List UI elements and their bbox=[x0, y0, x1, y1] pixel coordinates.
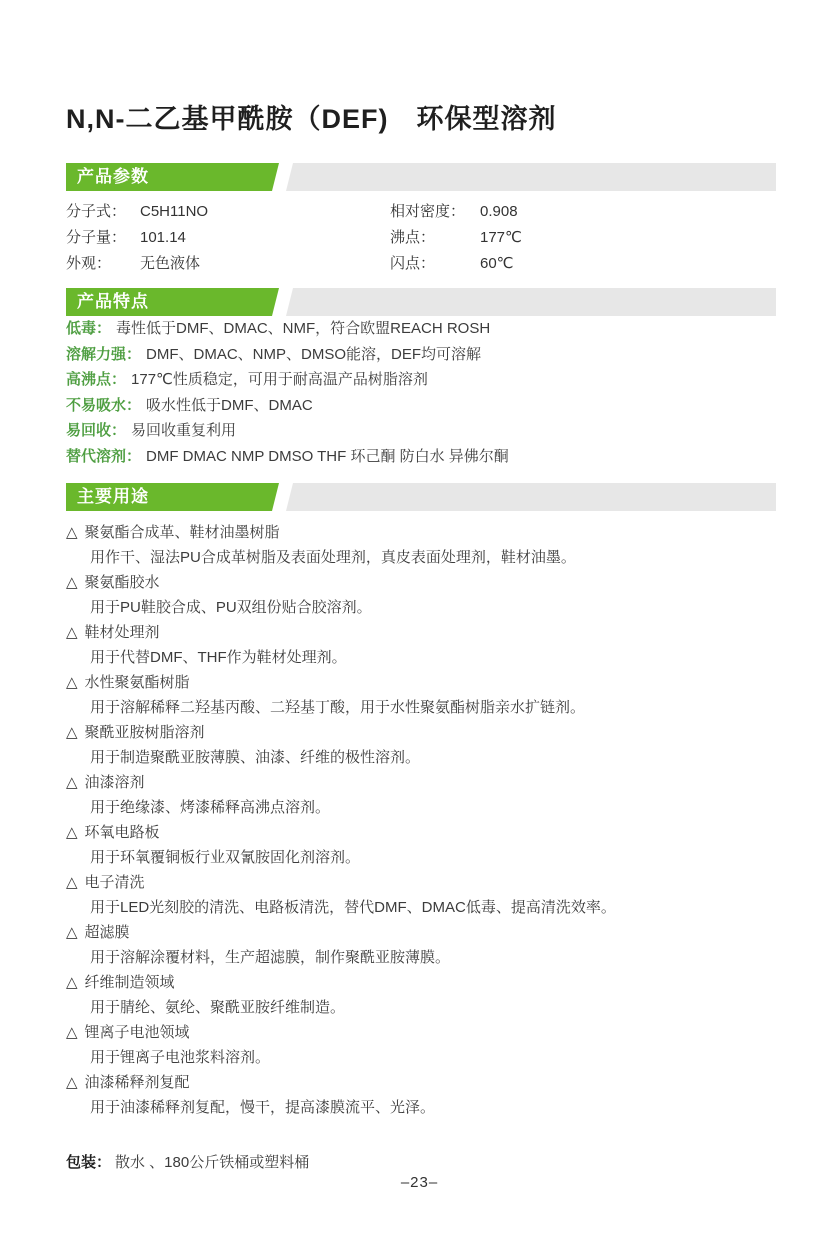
use-description: 用于LED光刻胶的清洗、电路板清洗，替代DMF、DMAC低毒、提高清洗效率。 bbox=[66, 895, 786, 920]
parameter-value: 无色液体 bbox=[140, 251, 200, 277]
section-header-features-label: 产品特点 bbox=[66, 288, 279, 316]
feature-label: 易回收： bbox=[66, 422, 126, 439]
use-item: △油漆稀释剂复配 用于油漆稀释剂复配，慢干，提高漆膜流平、光泽。 bbox=[66, 1070, 786, 1120]
feature-line: 溶解力强：DMF、DMAC、NMP、DMSO能溶，DEF均可溶解 bbox=[66, 342, 776, 368]
section-header-params-label: 产品参数 bbox=[66, 163, 279, 191]
use-item: △鞋材处理剂 用于代替DMF、THF作为鞋材处理剂。 bbox=[66, 620, 786, 670]
use-title-line: △鞋材处理剂 bbox=[66, 620, 786, 645]
triangle-bullet-icon: △ bbox=[66, 520, 78, 545]
feature-label: 溶解力强： bbox=[66, 346, 141, 363]
use-description: 用于代替DMF、THF作为鞋材处理剂。 bbox=[66, 645, 786, 670]
use-description: 用于PU鞋胶合成、PU双组份贴合胶溶剂。 bbox=[66, 595, 786, 620]
feature-text: 毒性低于DMF、DMAC、NMF，符合欧盟REACH ROSH bbox=[116, 320, 490, 337]
use-title-line: △超滤膜 bbox=[66, 920, 786, 945]
feature-text: DMF DMAC NMP DMSO THF 环己酮 防白水 异佛尔酮 bbox=[146, 448, 509, 465]
triangle-bullet-icon: △ bbox=[66, 770, 78, 795]
use-description: 用于溶解涂覆材料，生产超滤膜，制作聚酰亚胺薄膜。 bbox=[66, 945, 786, 970]
packaging-line: 包装：散水 、180公斤铁桶或塑料桶 bbox=[66, 1152, 309, 1174]
triangle-bullet-icon: △ bbox=[66, 1070, 78, 1095]
use-title: 聚氨酯胶水 bbox=[85, 574, 160, 591]
use-description: 用作干、湿法PU合成革树脂及表面处理剂，真皮表面处理剂，鞋材油墨。 bbox=[66, 545, 786, 570]
use-item: △油漆溶剂 用于绝缘漆、烤漆稀释高沸点溶剂。 bbox=[66, 770, 786, 820]
use-title: 锂离子电池领域 bbox=[85, 1024, 190, 1041]
parameter-label: 外观： bbox=[66, 251, 140, 277]
feature-line: 替代溶剂：DMF DMAC NMP DMSO THF 环己酮 防白水 异佛尔酮 bbox=[66, 444, 776, 470]
parameter-label: 闪点： bbox=[390, 251, 480, 277]
feature-line: 不易吸水：吸水性低于DMF、DMAC bbox=[66, 393, 776, 419]
use-description: 用于绝缘漆、烤漆稀释高沸点溶剂。 bbox=[66, 795, 786, 820]
triangle-bullet-icon: △ bbox=[66, 870, 78, 895]
feature-line: 高沸点：177℃性质稳定，可用于耐高温产品树脂溶剂 bbox=[66, 367, 776, 393]
use-description: 用于溶解稀释二羟基丙酸、二羟基丁酸，用于水性聚氨酯树脂亲水扩链剂。 bbox=[66, 695, 786, 720]
page-number: –23– bbox=[0, 1174, 839, 1191]
feature-label: 替代溶剂： bbox=[66, 448, 141, 465]
triangle-bullet-icon: △ bbox=[66, 720, 78, 745]
section-header-gray-extension bbox=[286, 483, 776, 511]
use-title-line: △油漆溶剂 bbox=[66, 770, 786, 795]
use-item: △纤维制造领域 用于腈纶、氨纶、聚酰亚胺纤维制造。 bbox=[66, 970, 786, 1020]
parameter-value: 0.908 bbox=[480, 199, 518, 225]
feature-text: DMF、DMAC、NMP、DMSO能溶，DEF均可溶解 bbox=[146, 346, 481, 363]
use-title: 超滤膜 bbox=[85, 924, 130, 941]
use-title: 鞋材处理剂 bbox=[85, 624, 160, 641]
parameter-row: 相对密度： 0.908 bbox=[390, 199, 776, 225]
use-title-line: △环氧电路板 bbox=[66, 820, 786, 845]
use-title-line: △聚酰亚胺树脂溶剂 bbox=[66, 720, 786, 745]
parameter-label: 分子式： bbox=[66, 199, 140, 225]
parameter-label: 分子量： bbox=[66, 225, 140, 251]
parameter-value: 177℃ bbox=[480, 225, 522, 251]
use-title: 纤维制造领域 bbox=[85, 974, 175, 991]
use-title-line: △电子清洗 bbox=[66, 870, 786, 895]
parameters-table: 分子式： C5H11NO 分子量： 101.14 外观： 无色液体 相对密度： bbox=[66, 199, 776, 277]
packaging-text: 散水 、180公斤铁桶或塑料桶 bbox=[115, 1154, 309, 1171]
use-title-line: △油漆稀释剂复配 bbox=[66, 1070, 786, 1095]
use-title: 水性聚氨酯树脂 bbox=[85, 674, 190, 691]
parameter-row: 分子量： 101.14 bbox=[66, 225, 390, 251]
use-item: △水性聚氨酯树脂 用于溶解稀释二羟基丙酸、二羟基丁酸，用于水性聚氨酯树脂亲水扩链… bbox=[66, 670, 786, 720]
triangle-bullet-icon: △ bbox=[66, 820, 78, 845]
packaging-label: 包装： bbox=[66, 1154, 111, 1171]
parameter-value: C5H11NO bbox=[140, 199, 208, 225]
feature-line: 易回收：易回收重复利用 bbox=[66, 418, 776, 444]
use-title: 环氧电路板 bbox=[85, 824, 160, 841]
page-title: N,N-二乙基甲酰胺（DEF) 环保型溶剂 bbox=[66, 97, 556, 136]
section-header-gray-extension bbox=[286, 163, 776, 191]
section-header-uses-label: 主要用途 bbox=[66, 483, 279, 511]
triangle-bullet-icon: △ bbox=[66, 570, 78, 595]
use-item: △超滤膜 用于溶解涂覆材料，生产超滤膜，制作聚酰亚胺薄膜。 bbox=[66, 920, 786, 970]
use-title: 聚酰亚胺树脂溶剂 bbox=[85, 724, 205, 741]
use-title: 油漆溶剂 bbox=[85, 774, 145, 791]
feature-label: 高沸点： bbox=[66, 371, 126, 388]
triangle-bullet-icon: △ bbox=[66, 1020, 78, 1045]
parameter-label: 相对密度： bbox=[390, 199, 480, 225]
features-list: 低毒：毒性低于DMF、DMAC、NMF，符合欧盟REACH ROSH 溶解力强：… bbox=[66, 316, 776, 469]
feature-label: 低毒： bbox=[66, 320, 111, 337]
section-header-gray-extension bbox=[286, 288, 776, 316]
parameters-left-column: 分子式： C5H11NO 分子量： 101.14 外观： 无色液体 bbox=[66, 199, 390, 277]
use-item: △环氧电路板 用于环氧覆铜板行业双氰胺固化剂溶剂。 bbox=[66, 820, 786, 870]
use-description: 用于环氧覆铜板行业双氰胺固化剂溶剂。 bbox=[66, 845, 786, 870]
section-header-features: 产品特点 bbox=[66, 288, 776, 316]
use-title: 电子清洗 bbox=[85, 874, 145, 891]
feature-text: 吸水性低于DMF、DMAC bbox=[146, 397, 313, 414]
feature-line: 低毒：毒性低于DMF、DMAC、NMF，符合欧盟REACH ROSH bbox=[66, 316, 776, 342]
feature-text: 177℃性质稳定，可用于耐高温产品树脂溶剂 bbox=[131, 371, 428, 388]
section-header-uses: 主要用途 bbox=[66, 483, 776, 511]
use-description: 用于制造聚酰亚胺薄膜、油漆、纤维的极性溶剂。 bbox=[66, 745, 786, 770]
use-title-line: △聚氨酯合成革、鞋材油墨树脂 bbox=[66, 520, 786, 545]
triangle-bullet-icon: △ bbox=[66, 920, 78, 945]
use-description: 用于锂离子电池浆料溶剂。 bbox=[66, 1045, 786, 1070]
parameters-right-column: 相对密度： 0.908 沸点： 177℃ 闪点： 60℃ bbox=[390, 199, 776, 277]
parameter-row: 外观： 无色液体 bbox=[66, 251, 390, 277]
triangle-bullet-icon: △ bbox=[66, 670, 78, 695]
feature-text: 易回收重复利用 bbox=[131, 422, 236, 439]
parameter-row: 沸点： 177℃ bbox=[390, 225, 776, 251]
use-item: △聚氨酯合成革、鞋材油墨树脂 用作干、湿法PU合成革树脂及表面处理剂，真皮表面处… bbox=[66, 520, 786, 570]
parameter-value: 60℃ bbox=[480, 251, 514, 277]
use-item: △电子清洗 用于LED光刻胶的清洗、电路板清洗，替代DMF、DMAC低毒、提高清… bbox=[66, 870, 786, 920]
section-header-params: 产品参数 bbox=[66, 163, 776, 191]
use-item: △聚酰亚胺树脂溶剂 用于制造聚酰亚胺薄膜、油漆、纤维的极性溶剂。 bbox=[66, 720, 786, 770]
use-title-line: △纤维制造领域 bbox=[66, 970, 786, 995]
parameter-row: 分子式： C5H11NO bbox=[66, 199, 390, 225]
triangle-bullet-icon: △ bbox=[66, 970, 78, 995]
parameter-row: 闪点： 60℃ bbox=[390, 251, 776, 277]
use-description: 用于腈纶、氨纶、聚酰亚胺纤维制造。 bbox=[66, 995, 786, 1020]
use-title-line: △水性聚氨酯树脂 bbox=[66, 670, 786, 695]
uses-list: △聚氨酯合成革、鞋材油墨树脂 用作干、湿法PU合成革树脂及表面处理剂，真皮表面处… bbox=[66, 520, 786, 1120]
use-item: △锂离子电池领域 用于锂离子电池浆料溶剂。 bbox=[66, 1020, 786, 1070]
use-title: 油漆稀释剂复配 bbox=[85, 1074, 190, 1091]
parameter-value: 101.14 bbox=[140, 225, 186, 251]
use-title-line: △聚氨酯胶水 bbox=[66, 570, 786, 595]
datasheet-page: N,N-二乙基甲酰胺（DEF) 环保型溶剂 产品参数 分子式： C5H11NO … bbox=[0, 0, 839, 1240]
triangle-bullet-icon: △ bbox=[66, 620, 78, 645]
use-title: 聚氨酯合成革、鞋材油墨树脂 bbox=[85, 524, 280, 541]
feature-label: 不易吸水： bbox=[66, 397, 141, 414]
use-title-line: △锂离子电池领域 bbox=[66, 1020, 786, 1045]
parameter-label: 沸点： bbox=[390, 225, 480, 251]
use-item: △聚氨酯胶水 用于PU鞋胶合成、PU双组份贴合胶溶剂。 bbox=[66, 570, 786, 620]
use-description: 用于油漆稀释剂复配，慢干，提高漆膜流平、光泽。 bbox=[66, 1095, 786, 1120]
